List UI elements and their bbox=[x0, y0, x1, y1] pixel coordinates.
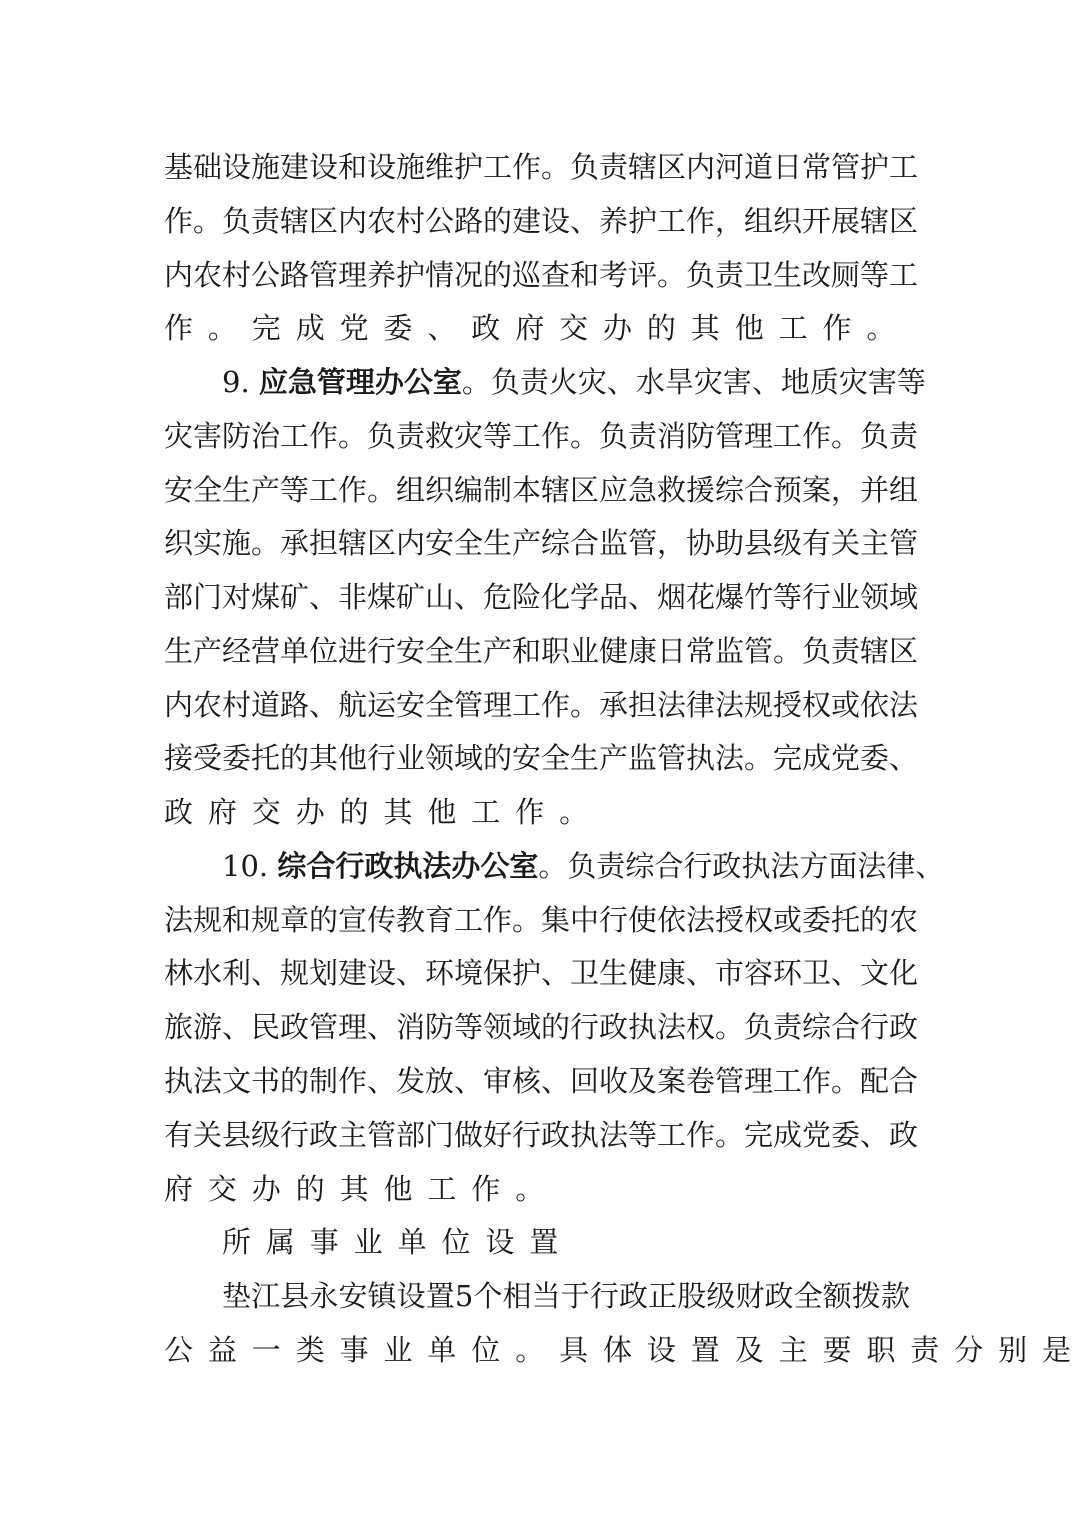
text-line: 垫江县永安镇设置5个相当于行政正股级财政全额拨款 bbox=[164, 1270, 910, 1324]
paragraph-institutions: 垫江县永安镇设置5个相当于行政正股级财政全额拨款 公益一类事业单位。具体设置及主… bbox=[164, 1270, 910, 1378]
office-heading: 应急管理办公室 bbox=[259, 365, 462, 399]
text-span: 。负责火灾、水旱灾害、地质灾害等 bbox=[462, 365, 926, 399]
text-line: 执法文书的制作、发放、审核、回收及案卷管理工作。配合 bbox=[164, 1055, 910, 1109]
text-line: 有关县级行政主管部门做好行政执法等工作。完成党委、政 bbox=[164, 1109, 910, 1163]
item-number: 9. bbox=[222, 365, 250, 399]
text-line: 内农村道路、航运安全管理工作。承担法律法规授权或依法 bbox=[164, 679, 910, 733]
text-line: 基础设施建设和设施维护工作。负责辖区内河道日常管护工 bbox=[164, 141, 910, 195]
text-line: 织实施。承担辖区内安全生产综合监管，协助县级有关主管 bbox=[164, 517, 910, 571]
text-line: 法规和规章的宣传教育工作。集中行使依法授权或委托的农 bbox=[164, 894, 910, 948]
item-number: 10. bbox=[222, 849, 268, 883]
text-line: 生产经营单位进行安全生产和职业健康日常监管。负责辖区 bbox=[164, 625, 910, 679]
office-heading: 综合行政执法办公室 bbox=[277, 849, 538, 883]
text-line: 府交办的其他工作。 bbox=[164, 1163, 910, 1217]
paragraph-emergency-management: 9. 应急管理办公室。负责火灾、水旱灾害、地质灾害等 灾害防治工作。负责救灾等工… bbox=[164, 356, 910, 840]
section-heading: 所属事业单位设置 bbox=[164, 1216, 910, 1270]
text-line: 9. 应急管理办公室。负责火灾、水旱灾害、地质灾害等 bbox=[164, 356, 910, 410]
text-line: 10. 综合行政执法办公室。负责综合行政执法方面法律、 bbox=[164, 840, 910, 894]
text-span: 。负责综合行政执法方面法律、 bbox=[538, 849, 944, 883]
text-line: 林水利、规划建设、环境保护、卫生健康、市容环卫、文化 bbox=[164, 947, 910, 1001]
text-line: 作。完成党委、政府交办的其他工作。 bbox=[164, 302, 910, 356]
text-line: 旅游、民政管理、消防等领域的行政执法权。负责综合行政 bbox=[164, 1001, 910, 1055]
paragraph-law-enforcement: 10. 综合行政执法办公室。负责综合行政执法方面法律、 法规和规章的宣传教育工作… bbox=[164, 840, 910, 1216]
text-line: 作。负责辖区内农村公路的建设、养护工作，组织开展辖区 bbox=[164, 195, 910, 249]
text-line: 部门对煤矿、非煤矿山、危险化学品、烟花爆竹等行业领域 bbox=[164, 571, 910, 625]
text-line: 安全生产等工作。组织编制本辖区应急救援综合预案，并组 bbox=[164, 464, 910, 518]
document-page: 基础设施建设和设施维护工作。负责辖区内河道日常管护工 作。负责辖区内农村公路的建… bbox=[164, 141, 910, 1378]
text-line: 政府交办的其他工作。 bbox=[164, 786, 910, 840]
text-line: 内农村公路管理养护情况的巡查和考评。负责卫生改厕等工 bbox=[164, 249, 910, 303]
text-line: 公益一类事业单位。具体设置及主要职责分别是： bbox=[164, 1324, 910, 1378]
paragraph-infrastructure: 基础设施建设和设施维护工作。负责辖区内河道日常管护工 作。负责辖区内农村公路的建… bbox=[164, 141, 910, 356]
text-line: 接受委托的其他行业领域的安全生产监管执法。完成党委、 bbox=[164, 732, 910, 786]
text-line: 灾害防治工作。负责救灾等工作。负责消防管理工作。负责 bbox=[164, 410, 910, 464]
